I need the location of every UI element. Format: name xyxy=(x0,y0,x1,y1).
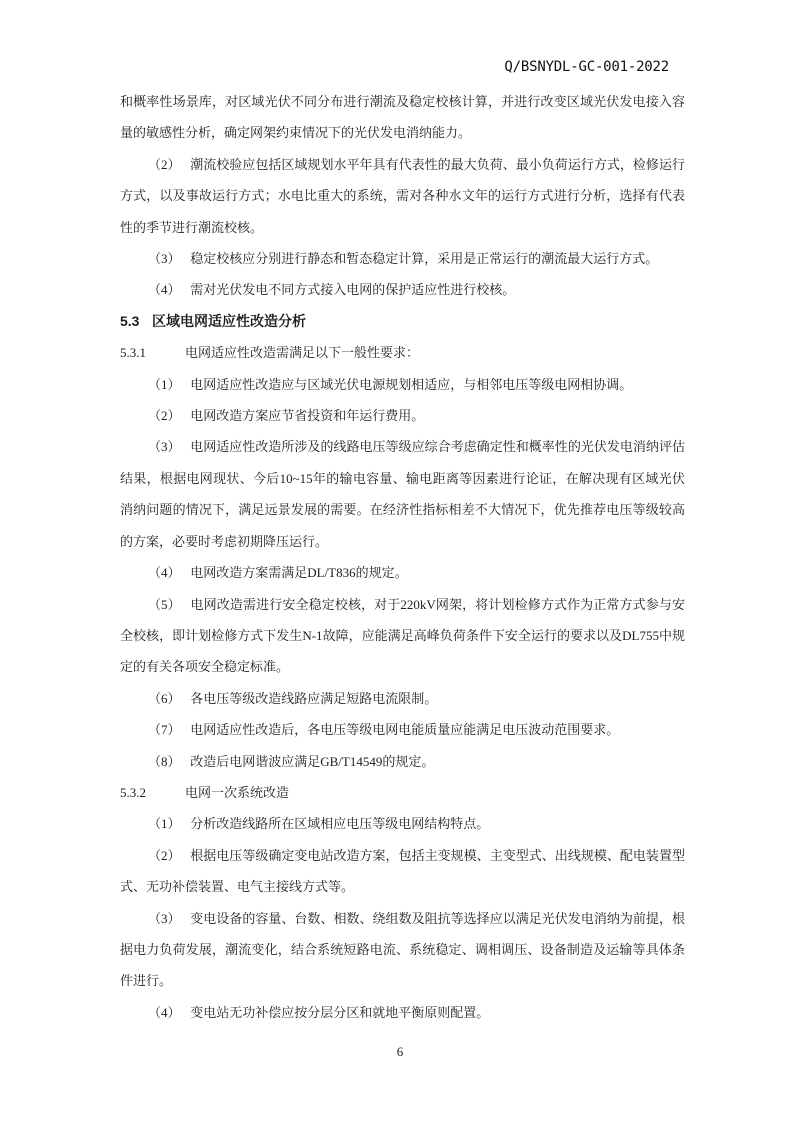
block-text: 分析改造线路所在区域相应电压等级电网结构特点。 xyxy=(190,816,489,831)
clause-number: （4） xyxy=(148,282,181,297)
clause-item: （1）分析改造线路所在区域相应电压等级电网结构特点。 xyxy=(120,808,685,839)
block-text: 根据电压等级确定变电站改造方案，包括主变规模、主变型式、出线规模、配电装置型式、… xyxy=(120,848,685,894)
block-text: 潮流校验应包括区域规划水平年具有代表性的最大负荷、最小负荷运行方式，检修运行方式… xyxy=(120,157,685,235)
clause-item: （5）电网改造需进行安全稳定校核，对于220kV网架，将计划检修方式作为正常方式… xyxy=(120,589,685,683)
clause-number: （4） xyxy=(148,565,181,580)
clause-item: （1）电网适应性改造应与区域光伏电源规划相适应，与相邻电压等级电网相协调。 xyxy=(120,369,685,400)
clause-number: （1） xyxy=(148,816,181,831)
section-number: 5.3.1 xyxy=(120,337,185,368)
subsection-heading: 5.3.1电网适应性改造需满足以下一般性要求： xyxy=(120,337,685,368)
block-text: 电网一次系统改造 xyxy=(185,785,289,800)
clause-number: （8） xyxy=(148,754,181,769)
clause-number: （3） xyxy=(148,251,181,266)
continuation-paragraph: 和概率性场景库，对区域光伏不同分布进行潮流及稳定校核计算，并进行改变区域光伏发电… xyxy=(120,86,685,149)
section-heading: 5.3区域电网适应性改造分析 xyxy=(120,306,685,337)
block-text: 电网改造需进行安全稳定校核，对于220kV网架，将计划检修方式作为正常方式参与安… xyxy=(120,597,685,675)
document-body: 和概率性场景库，对区域光伏不同分布进行潮流及稳定校核计算，并进行改变区域光伏发电… xyxy=(120,86,685,1028)
clause-item: （3）变电设备的容量、台数、相数、绕组数及阻抗等选择应以满足光伏发电消纳为前提，… xyxy=(120,903,685,997)
block-text: 改造后电网谐波应满足GB/T14549的规定。 xyxy=(190,754,434,769)
clause-number: （3） xyxy=(148,439,181,454)
clause-item: （4）需对光伏发电不同方式接入电网的保护适应性进行校核。 xyxy=(120,274,685,305)
block-text: 电网改造方案应节省投资和年运行费用。 xyxy=(190,408,424,423)
block-text: 电网适应性改造应与区域光伏电源规划相适应，与相邻电压等级电网相协调。 xyxy=(190,377,632,392)
section-number: 5.3.2 xyxy=(120,777,185,808)
clause-number: （4） xyxy=(148,1005,181,1020)
clause-number: （2） xyxy=(148,408,181,423)
clause-item: （4）变电站无功补偿应按分层分区和就地平衡原则配置。 xyxy=(120,997,685,1028)
block-text: 电网改造方案需满足DL/T836的规定。 xyxy=(190,565,407,580)
clause-item: （2）电网改造方案应节省投资和年运行费用。 xyxy=(120,400,685,431)
block-text: 变电站无功补偿应按分层分区和就地平衡原则配置。 xyxy=(190,1005,489,1020)
clause-item: （3）稳定校核应分别进行静态和暂态稳定计算，采用是正常运行的潮流最大运行方式。 xyxy=(120,243,685,274)
clause-number: （5） xyxy=(148,597,181,612)
clause-number: （2） xyxy=(148,848,181,863)
clause-number: （3） xyxy=(148,911,181,926)
subsection-heading: 5.3.2电网一次系统改造 xyxy=(120,777,685,808)
block-text: 电网适应性改造后，各电压等级电网电能质量应能满足电压波动范围要求。 xyxy=(190,722,619,737)
block-text: 需对光伏发电不同方式接入电网的保护适应性进行校核。 xyxy=(190,282,515,297)
clause-item: （3）电网适应性改造所涉及的线路电压等级应综合考虑确定性和概率性的光伏发电消纳评… xyxy=(120,431,685,557)
block-text: 各电压等级改造线路应满足短路电流限制。 xyxy=(190,691,437,706)
block-text: 电网适应性改造需满足以下一般性要求： xyxy=(185,345,419,360)
block-text: 和概率性场景库，对区域光伏不同分布进行潮流及稳定校核计算，并进行改变区域光伏发电… xyxy=(120,94,685,140)
block-text: 电网适应性改造所涉及的线路电压等级应综合考虑确定性和概率性的光伏发电消纳评估结果… xyxy=(120,439,685,548)
clause-item: （6）各电压等级改造线路应满足短路电流限制。 xyxy=(120,683,685,714)
clause-item: （2）潮流校验应包括区域规划水平年具有代表性的最大负荷、最小负荷运行方式，检修运… xyxy=(120,149,685,243)
block-text: 稳定校核应分别进行静态和暂态稳定计算，采用是正常运行的潮流最大运行方式。 xyxy=(190,251,658,266)
standard-code-header: Q/BSNYDL-GC-001-2022 xyxy=(504,59,669,75)
clause-item: （7）电网适应性改造后，各电压等级电网电能质量应能满足电压波动范围要求。 xyxy=(120,714,685,745)
clause-item: （4）电网改造方案需满足DL/T836的规定。 xyxy=(120,557,685,588)
document-page: Q/BSNYDL-GC-001-2022 和概率性场景库，对区域光伏不同分布进行… xyxy=(0,0,800,1131)
clause-number: （1） xyxy=(148,377,181,392)
block-text: 区域电网适应性改造分析 xyxy=(152,313,306,329)
clause-item: （2）根据电压等级确定变电站改造方案，包括主变规模、主变型式、出线规模、配电装置… xyxy=(120,840,685,903)
clause-item: （8）改造后电网谐波应满足GB/T14549的规定。 xyxy=(120,746,685,777)
section-number: 5.3 xyxy=(120,306,152,337)
clause-number: （7） xyxy=(148,722,181,737)
clause-number: （6） xyxy=(148,691,181,706)
page-number: 6 xyxy=(0,1044,800,1060)
clause-number: （2） xyxy=(148,157,181,172)
block-text: 变电设备的容量、台数、相数、绕组数及阻抗等选择应以满足光伏发电消纳为前提，根据电… xyxy=(120,911,685,989)
